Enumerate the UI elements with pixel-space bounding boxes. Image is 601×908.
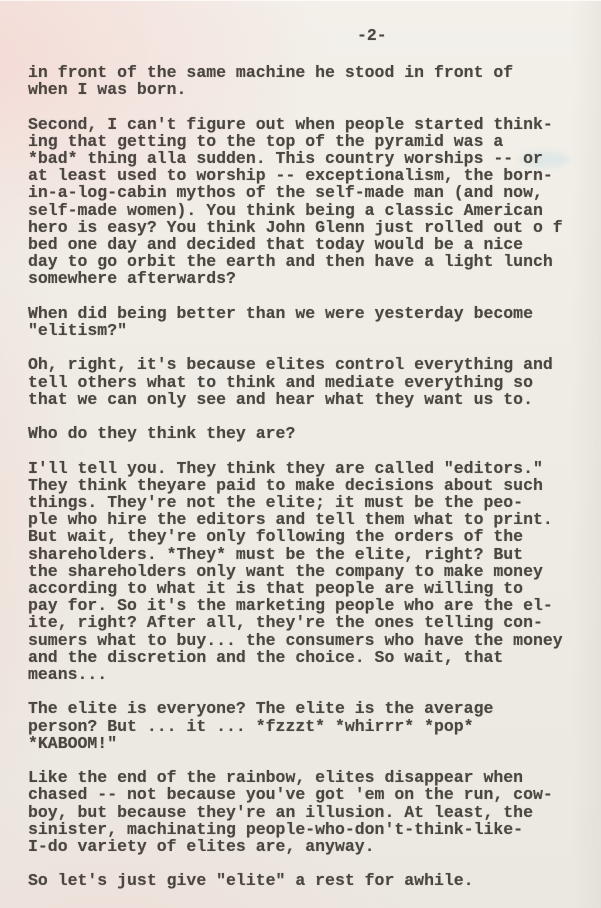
page-body: in front of the same machine he stood in…: [0, 64, 563, 907]
paragraph: Oh, right, it's because elites control e…: [28, 356, 563, 408]
typewritten-page: -2- in front of the same machine he stoo…: [0, 0, 601, 908]
paragraph: The elite is everyone? The elite is the …: [28, 700, 563, 752]
paragraph: So let's just give "elite" a rest for aw…: [28, 872, 563, 889]
paragraph: Like the end of the rainbow, elites disa…: [28, 769, 563, 855]
page-number: -2-: [357, 27, 387, 44]
paragraph: Second, I can't figure out when people s…: [28, 116, 563, 288]
paragraph: I'll tell you. They think they are calle…: [28, 460, 563, 684]
paragraph: When did being better than we were yeste…: [28, 305, 563, 339]
paragraph: Who do they think they are?: [28, 425, 563, 442]
paragraph: in front of the same machine he stood in…: [28, 64, 563, 98]
